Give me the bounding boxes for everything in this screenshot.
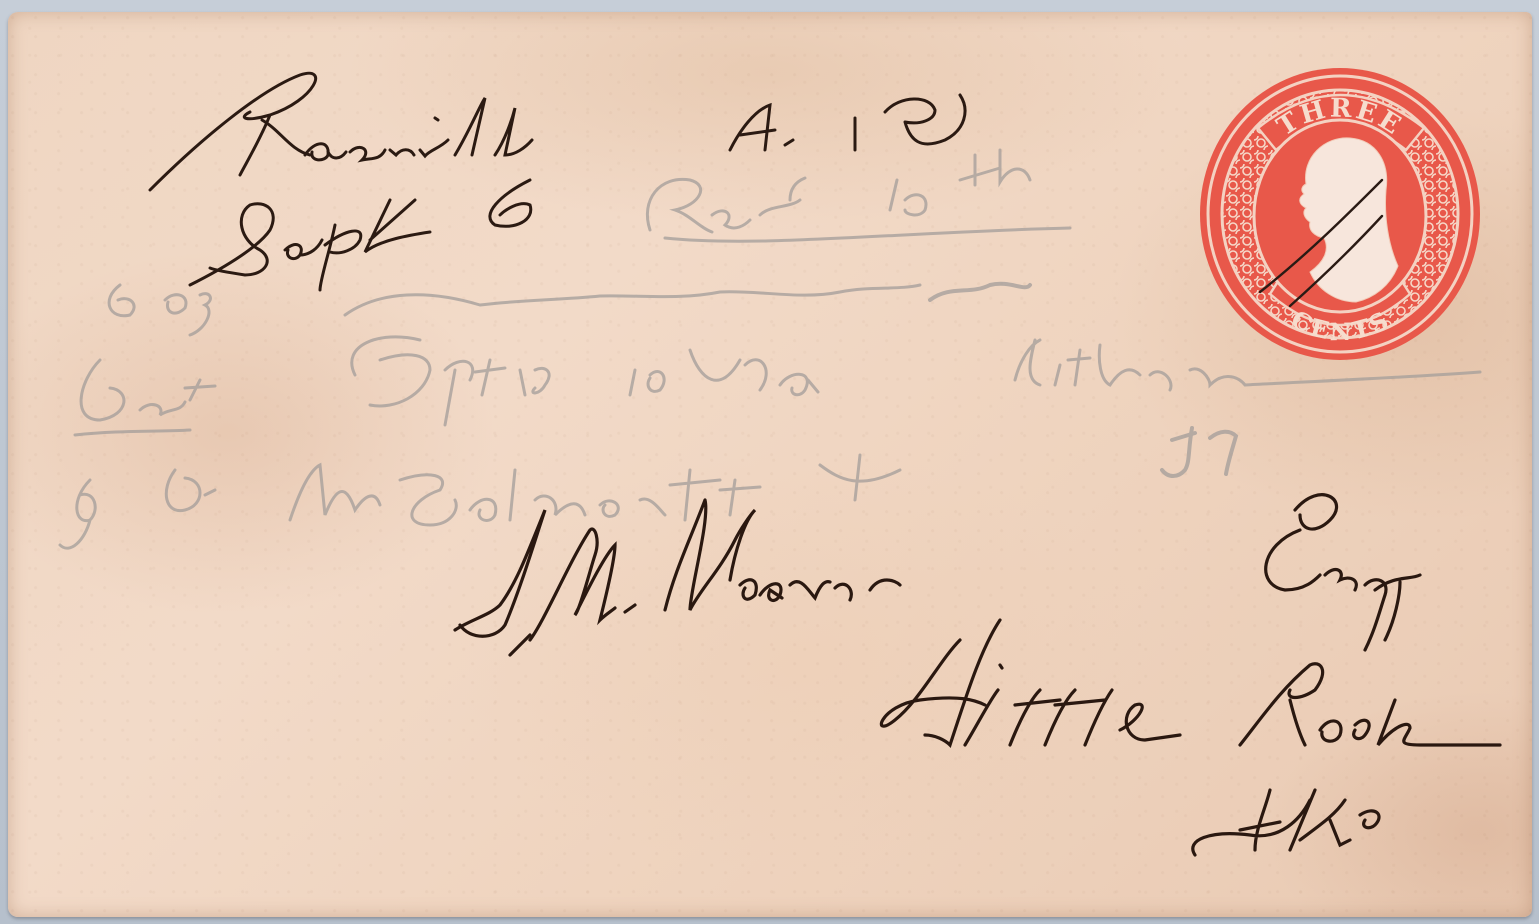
pencil-number: 57 <box>1160 420 1216 471</box>
pencil-note-line-3: by Dr McCalmont <box>65 450 496 506</box>
pencil-note-line-2: Sent Sept 15. to W a Lithiam <box>60 345 764 401</box>
pencil-note-line-1: 6 oz' ........ Sent <box>95 270 472 326</box>
three-cent-stamp: THREE CENTS <box>1198 66 1482 362</box>
portrait-icon <box>1300 138 1398 302</box>
recipient-city: Little Rock <box>885 640 1284 724</box>
photo-background: THREE CENTS <box>0 0 1539 924</box>
docket-date: Sept 6 <box>185 175 381 245</box>
recipient-state: Arks <box>1185 780 1343 859</box>
pencil-received-note: Rec'd 15th <box>640 165 913 223</box>
recipient-name: S. M. Weaver Esqr <box>455 495 1131 579</box>
docket-origin: Rasiville ArK <box>150 80 545 150</box>
